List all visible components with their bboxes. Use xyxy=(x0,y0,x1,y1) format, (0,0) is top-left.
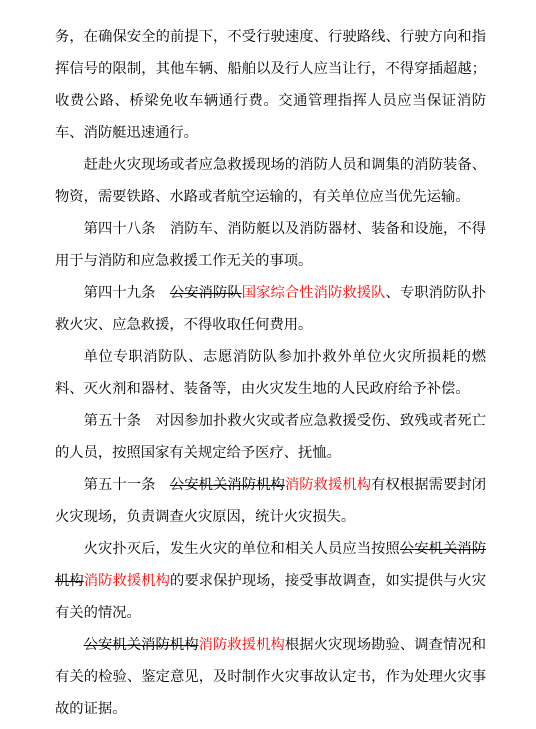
document-body-text: 务，在确保安全的前提下，不受行驶速度、行驶路线、行驶方向和指挥信号的限制，其他车… xyxy=(55,21,486,725)
text-run: 单位专职消防队、志愿消防队参加扑救外单位火灾所损耗的燃料、灭火剂和器材、装备等，… xyxy=(55,349,486,397)
document-page: 务，在确保安全的前提下，不受行驶速度、行驶路线、行驶方向和指挥信号的限制，其他车… xyxy=(0,0,536,729)
inserted-text-run: 消防救援机构 xyxy=(199,637,285,653)
paragraph: 第五十条 对因参加扑救火灾或者应急救援受伤、致残或者死亡的人员，按照国家有关规定… xyxy=(55,405,486,469)
paragraph: 火灾扑灭后，发生火灾的单位和相关人员应当按照公安机关消防机构消防救援机构的要求保… xyxy=(55,533,486,629)
paragraph: 赶赴火灾现场或者应急救援现场的消防人员和调集的消防装备、物资，需要铁路、水路或者… xyxy=(55,149,486,213)
inserted-text-run: 国家综合性消防救援队 xyxy=(242,285,386,301)
paragraph: 第五十一条 公安机关消防机构消防救援机构有权根据需要封闭火灾现场，负责调查火灾原… xyxy=(55,469,486,533)
deleted-text-run: 公安消防队 xyxy=(170,285,242,301)
paragraph: 第四十九条 公安消防队国家综合性消防救援队、专职消防队扑救火灾、应急救援，不得收… xyxy=(55,277,486,341)
text-run: 务，在确保安全的前提下，不受行驶速度、行驶路线、行驶方向和指挥信号的限制，其他车… xyxy=(55,29,486,141)
text-run: 第五十一条 xyxy=(84,477,170,493)
deleted-text-run: 公安机关消防机构 xyxy=(170,477,285,493)
text-run: 第五十条 对因参加扑救火灾或者应急救援受伤、致残或者死亡的人员，按照国家有关规定… xyxy=(55,413,486,461)
text-run: 第四十九条 xyxy=(84,285,170,301)
paragraph: 务，在确保安全的前提下，不受行驶速度、行驶路线、行驶方向和指挥信号的限制，其他车… xyxy=(55,21,486,149)
paragraph: 第四十八条 消防车、消防艇以及消防器材、装备和设施，不得用于与消防和应急救援工作… xyxy=(55,213,486,277)
text-run: 赶赴火灾现场或者应急救援现场的消防人员和调集的消防装备、物资，需要铁路、水路或者… xyxy=(55,157,486,205)
inserted-text-run: 消防救援机构 xyxy=(285,477,371,493)
paragraph: 公安机关消防机构消防救援机构根据火灾现场勘验、调查情况和有关的检验、鉴定意见，及… xyxy=(55,629,486,725)
text-run: 火灾扑灭后，发生火灾的单位和相关人员应当按照 xyxy=(84,541,400,557)
paragraph: 单位专职消防队、志愿消防队参加扑救外单位火灾所损耗的燃料、灭火剂和器材、装备等，… xyxy=(55,341,486,405)
text-run: 第四十八条 消防车、消防艇以及消防器材、装备和设施，不得用于与消防和应急救援工作… xyxy=(55,221,486,269)
deleted-text-run: 公安机关消防机构 xyxy=(84,637,199,653)
inserted-text-run: 消防救援机构 xyxy=(84,573,170,589)
